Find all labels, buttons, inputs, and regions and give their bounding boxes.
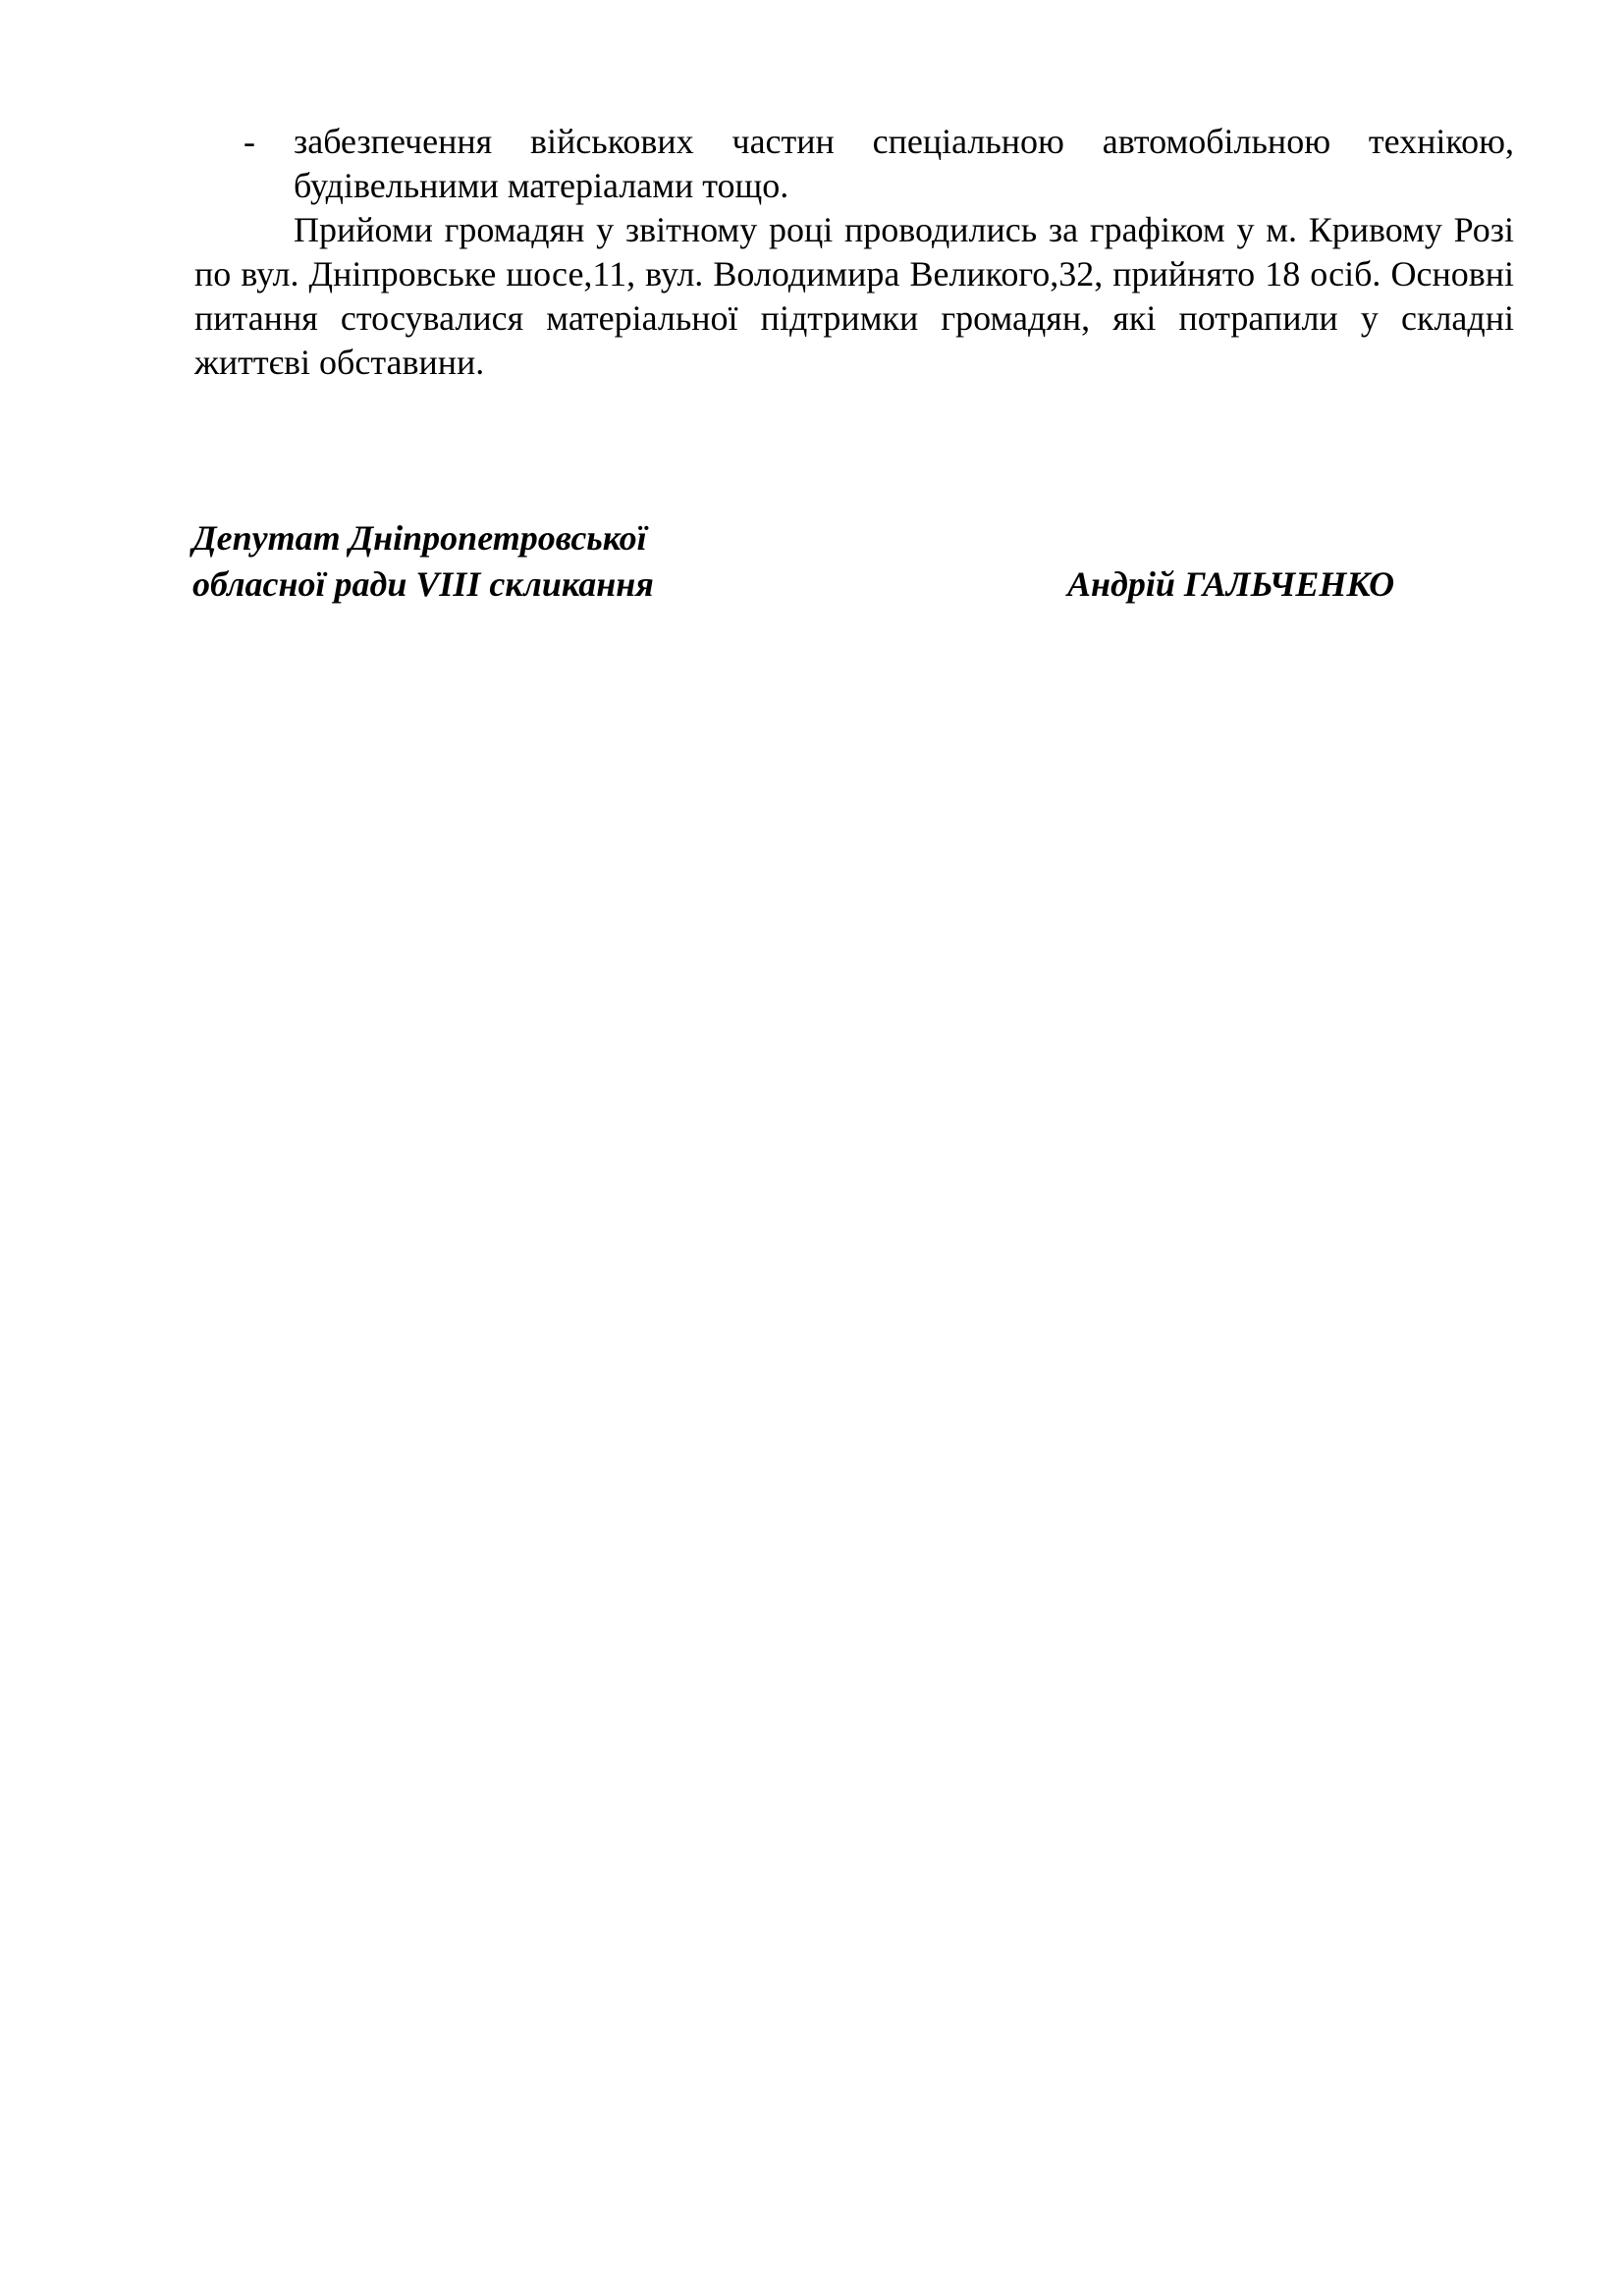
- bullet-dash-marker: -: [244, 120, 273, 164]
- body-paragraph: Прийоми громадян у звітному році проводи…: [194, 208, 1514, 385]
- signature-block: Депутат Дніпропетровської обласної ради …: [192, 515, 1469, 608]
- bullet-item-text: забезпечення військових частин спеціальн…: [294, 120, 1514, 208]
- signatory-name: Андрій ГАЛЬЧЕНКО: [1067, 561, 1394, 608]
- signature-position-line-1: Депутат Дніпропетровської: [192, 515, 1469, 561]
- bullet-item: - забезпечення військових частин спеціал…: [194, 120, 1514, 208]
- document-page: - забезпечення військових частин спеціал…: [0, 0, 1624, 2296]
